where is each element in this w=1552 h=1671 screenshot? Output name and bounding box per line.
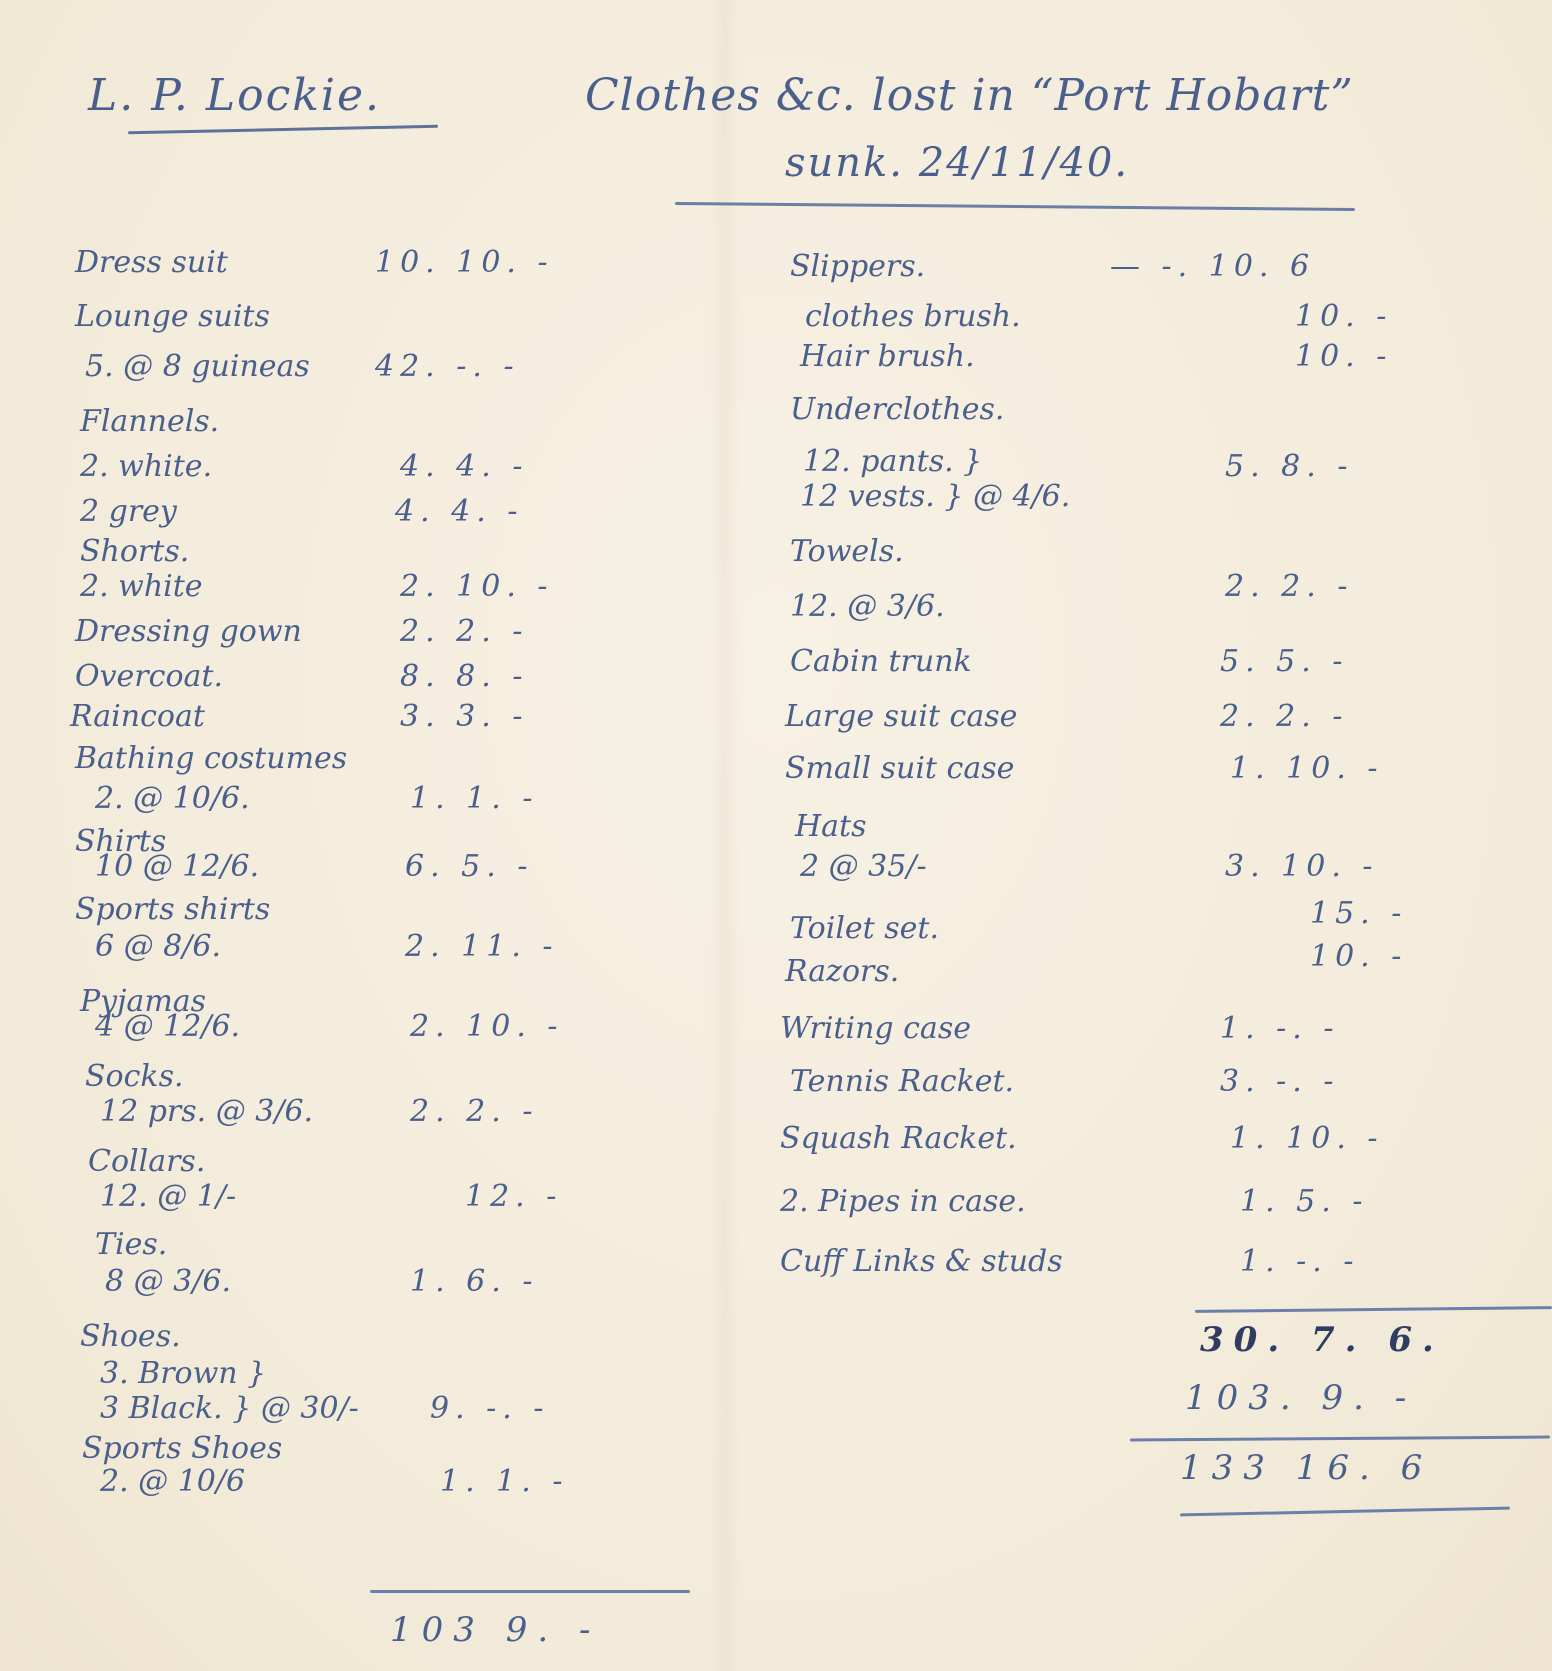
document-page: L. P. Lockie. Clothes &c. lost in “Port … bbox=[0, 0, 1552, 1671]
grand-total-line bbox=[1130, 1436, 1550, 1442]
right-subtotal: 30. 7. 6. bbox=[1200, 1320, 1444, 1360]
subtotal-line bbox=[1195, 1306, 1552, 1313]
document-title: Clothes &c. lost in “Port Hobart” bbox=[585, 70, 1354, 121]
carried-forward-total: 103. 9. - bbox=[1185, 1378, 1416, 1418]
left-total: 103 9. - bbox=[390, 1610, 600, 1650]
grand-total-underline bbox=[1180, 1507, 1510, 1517]
page-fold bbox=[710, 0, 740, 1671]
document-subtitle: sunk. 24/11/40. bbox=[785, 140, 1129, 186]
left-total-line bbox=[370, 1590, 690, 1593]
grand-total: 133 16. 6 bbox=[1180, 1448, 1432, 1488]
title-underline bbox=[675, 202, 1355, 211]
name-underline bbox=[128, 125, 438, 134]
owner-name: L. P. Lockie. bbox=[88, 70, 381, 121]
